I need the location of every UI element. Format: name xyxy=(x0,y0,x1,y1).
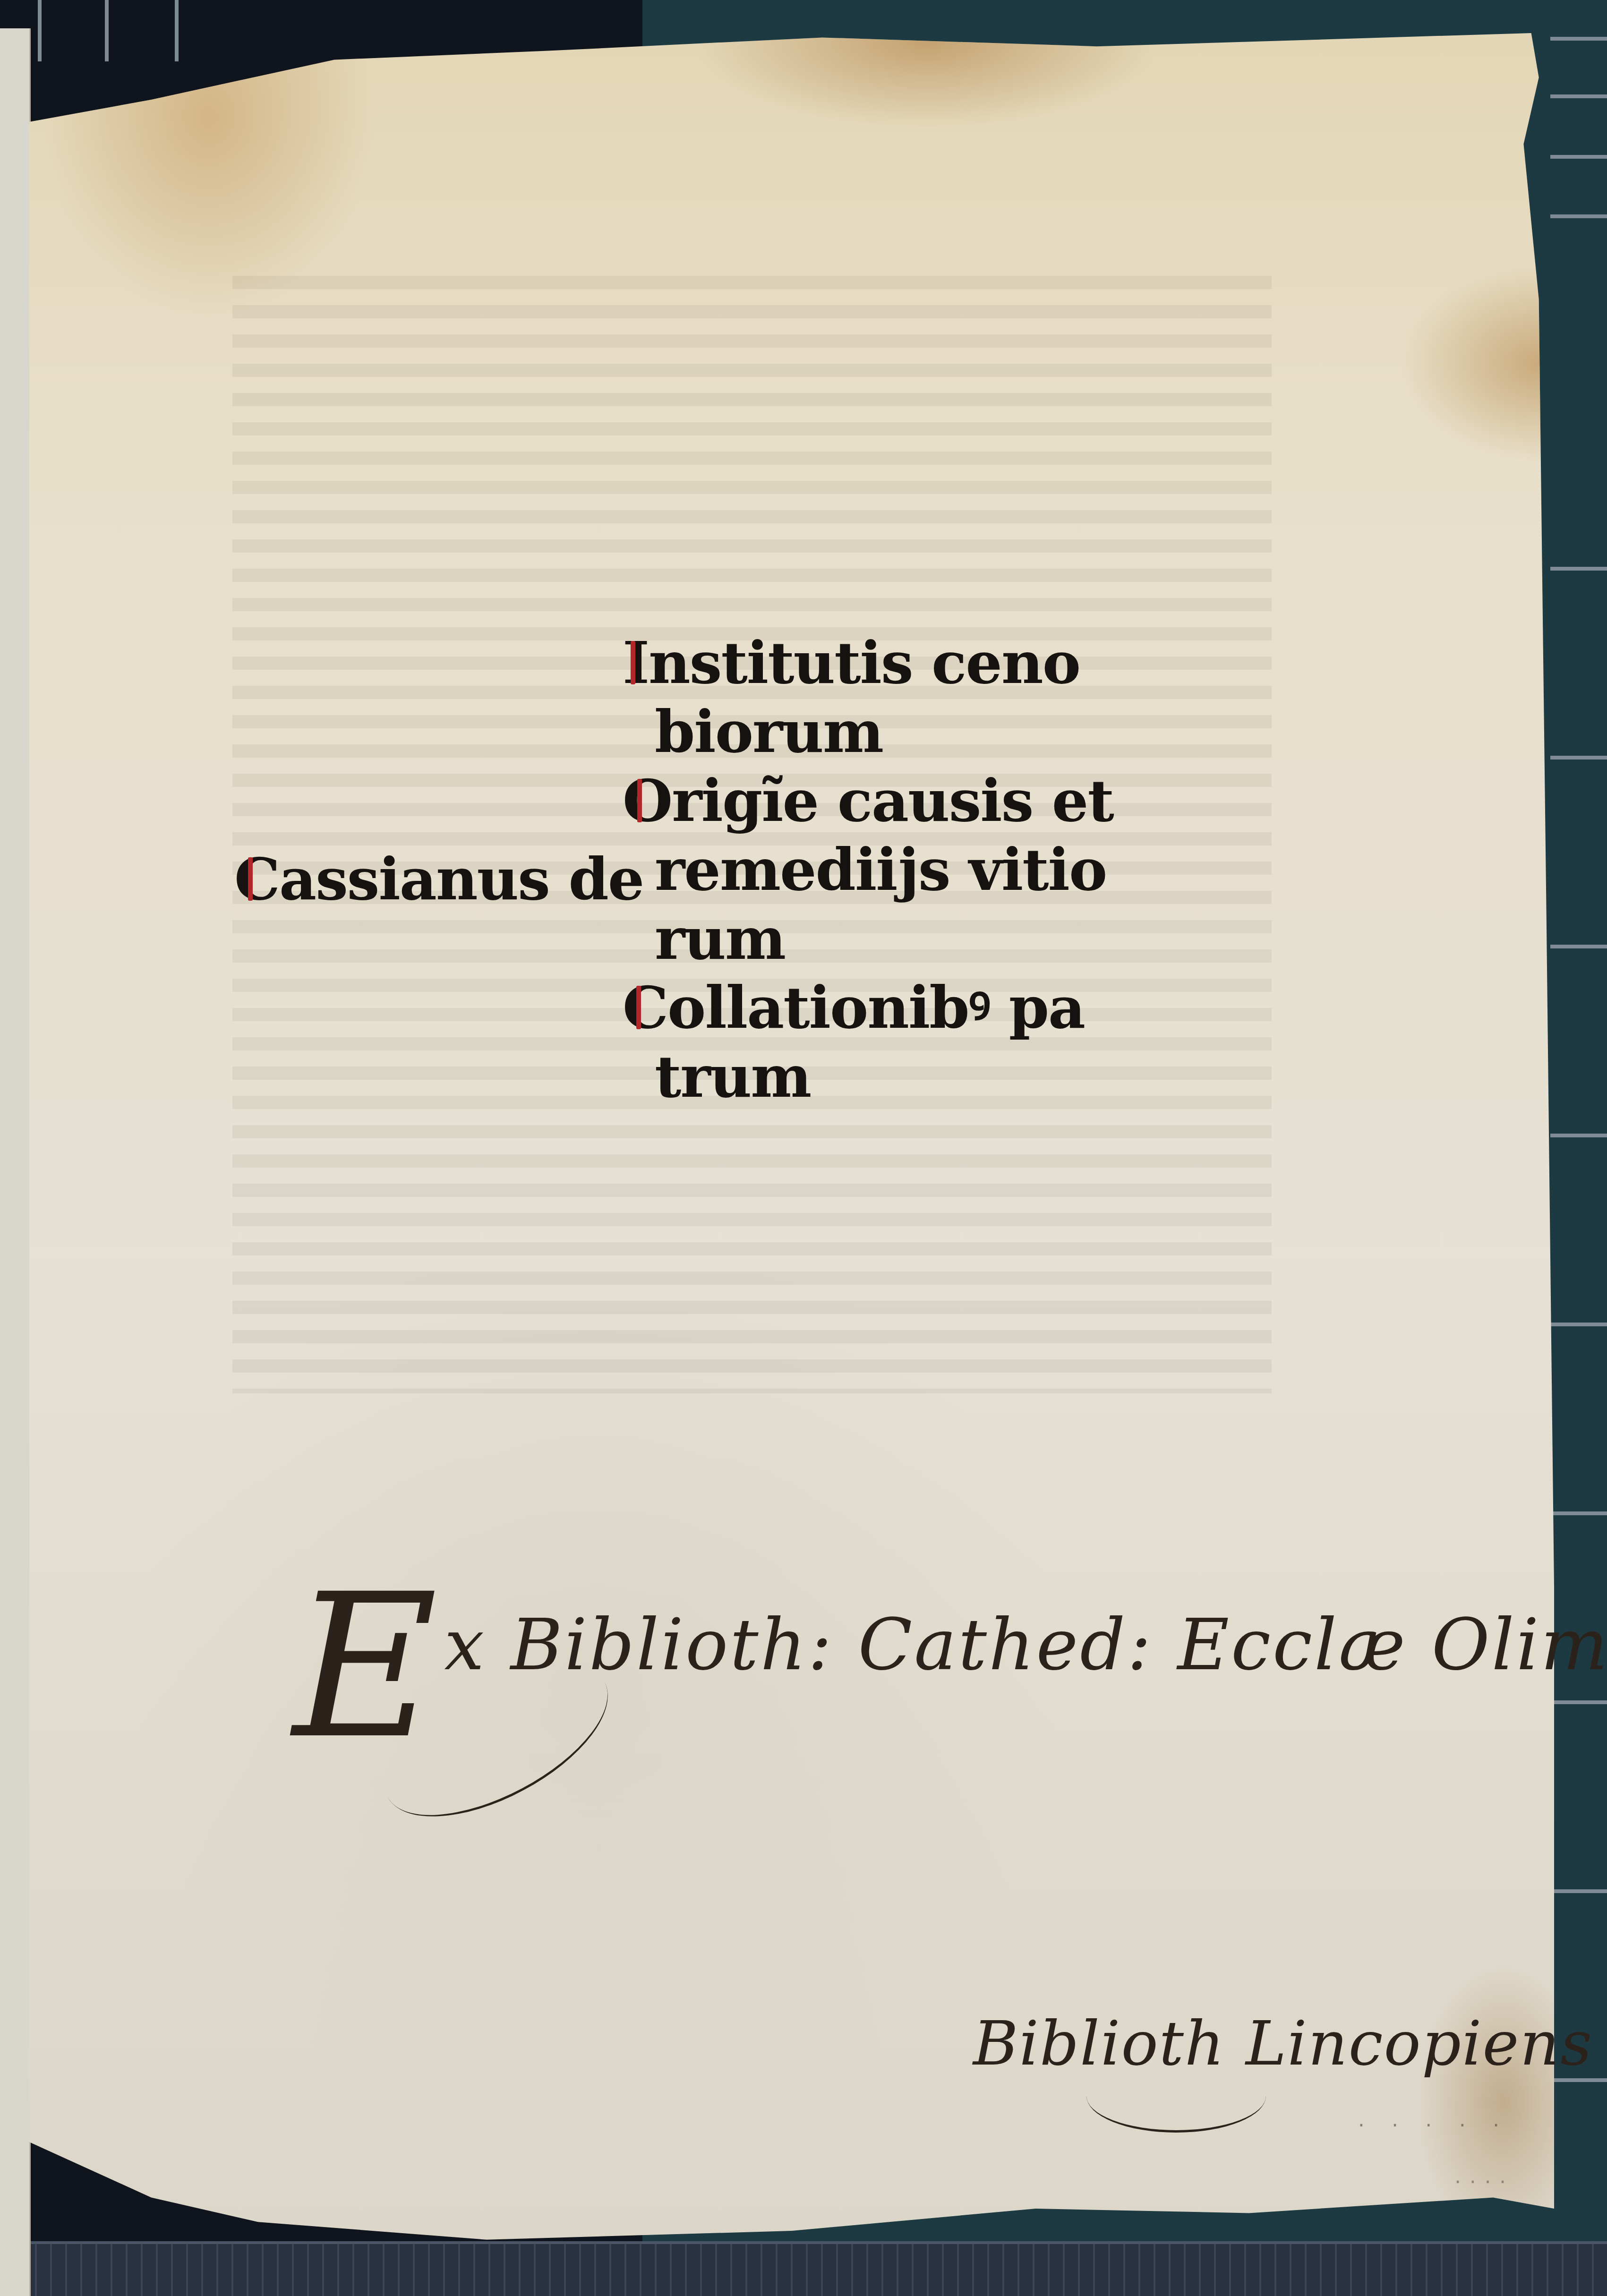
grid-line xyxy=(1550,37,1607,41)
rubricated-initial: C xyxy=(234,845,279,913)
grid-line xyxy=(1550,1889,1607,1893)
grid-line xyxy=(1550,155,1607,159)
title-block: Institutis ceno biorum Origĩe causis et … xyxy=(623,628,1113,1111)
title-line: Origĩe causis et xyxy=(623,766,1113,835)
rubricated-initial: O xyxy=(623,767,672,835)
pen-flourish xyxy=(1086,2059,1266,2133)
faint-printed-mark: · · · · · xyxy=(1356,2116,1508,2135)
grid-line xyxy=(1550,94,1607,98)
author-text: assianus de xyxy=(279,845,643,913)
faint-printed-mark: ···· xyxy=(1453,2173,1513,2192)
rubricated-initial: I xyxy=(623,629,649,697)
title-line: Institutis ceno xyxy=(623,628,1113,697)
measurement-ruler xyxy=(0,2241,1607,2296)
grid-line xyxy=(1550,1134,1607,1137)
binding-edge xyxy=(0,28,31,2296)
grid-line xyxy=(1550,214,1607,218)
grid-line xyxy=(1550,945,1607,948)
grid-line xyxy=(105,0,109,61)
title-line: rum xyxy=(623,904,1113,973)
grid-line xyxy=(1550,1323,1607,1326)
rubricated-initial: C xyxy=(623,973,667,1041)
grid-line xyxy=(1550,567,1607,571)
title-line: biorum xyxy=(623,697,1113,766)
inscription-text: x Biblioth: Cathed: Ecclæ Olim: xyxy=(444,1604,1607,1686)
author-line: Cassianus de xyxy=(234,845,643,913)
grid-line xyxy=(175,0,179,61)
grid-line xyxy=(1550,1511,1607,1515)
title-line: trum xyxy=(623,1042,1113,1111)
ownership-inscription-lincoping: Biblioth Lincopiens xyxy=(973,2007,1593,2079)
title-line: Collationibꝰ pa xyxy=(623,973,1113,1042)
title-line: remediĳs vitio xyxy=(623,835,1113,904)
page-leaf xyxy=(29,33,1554,2253)
grid-line xyxy=(1550,756,1607,760)
grid-line xyxy=(38,0,42,61)
